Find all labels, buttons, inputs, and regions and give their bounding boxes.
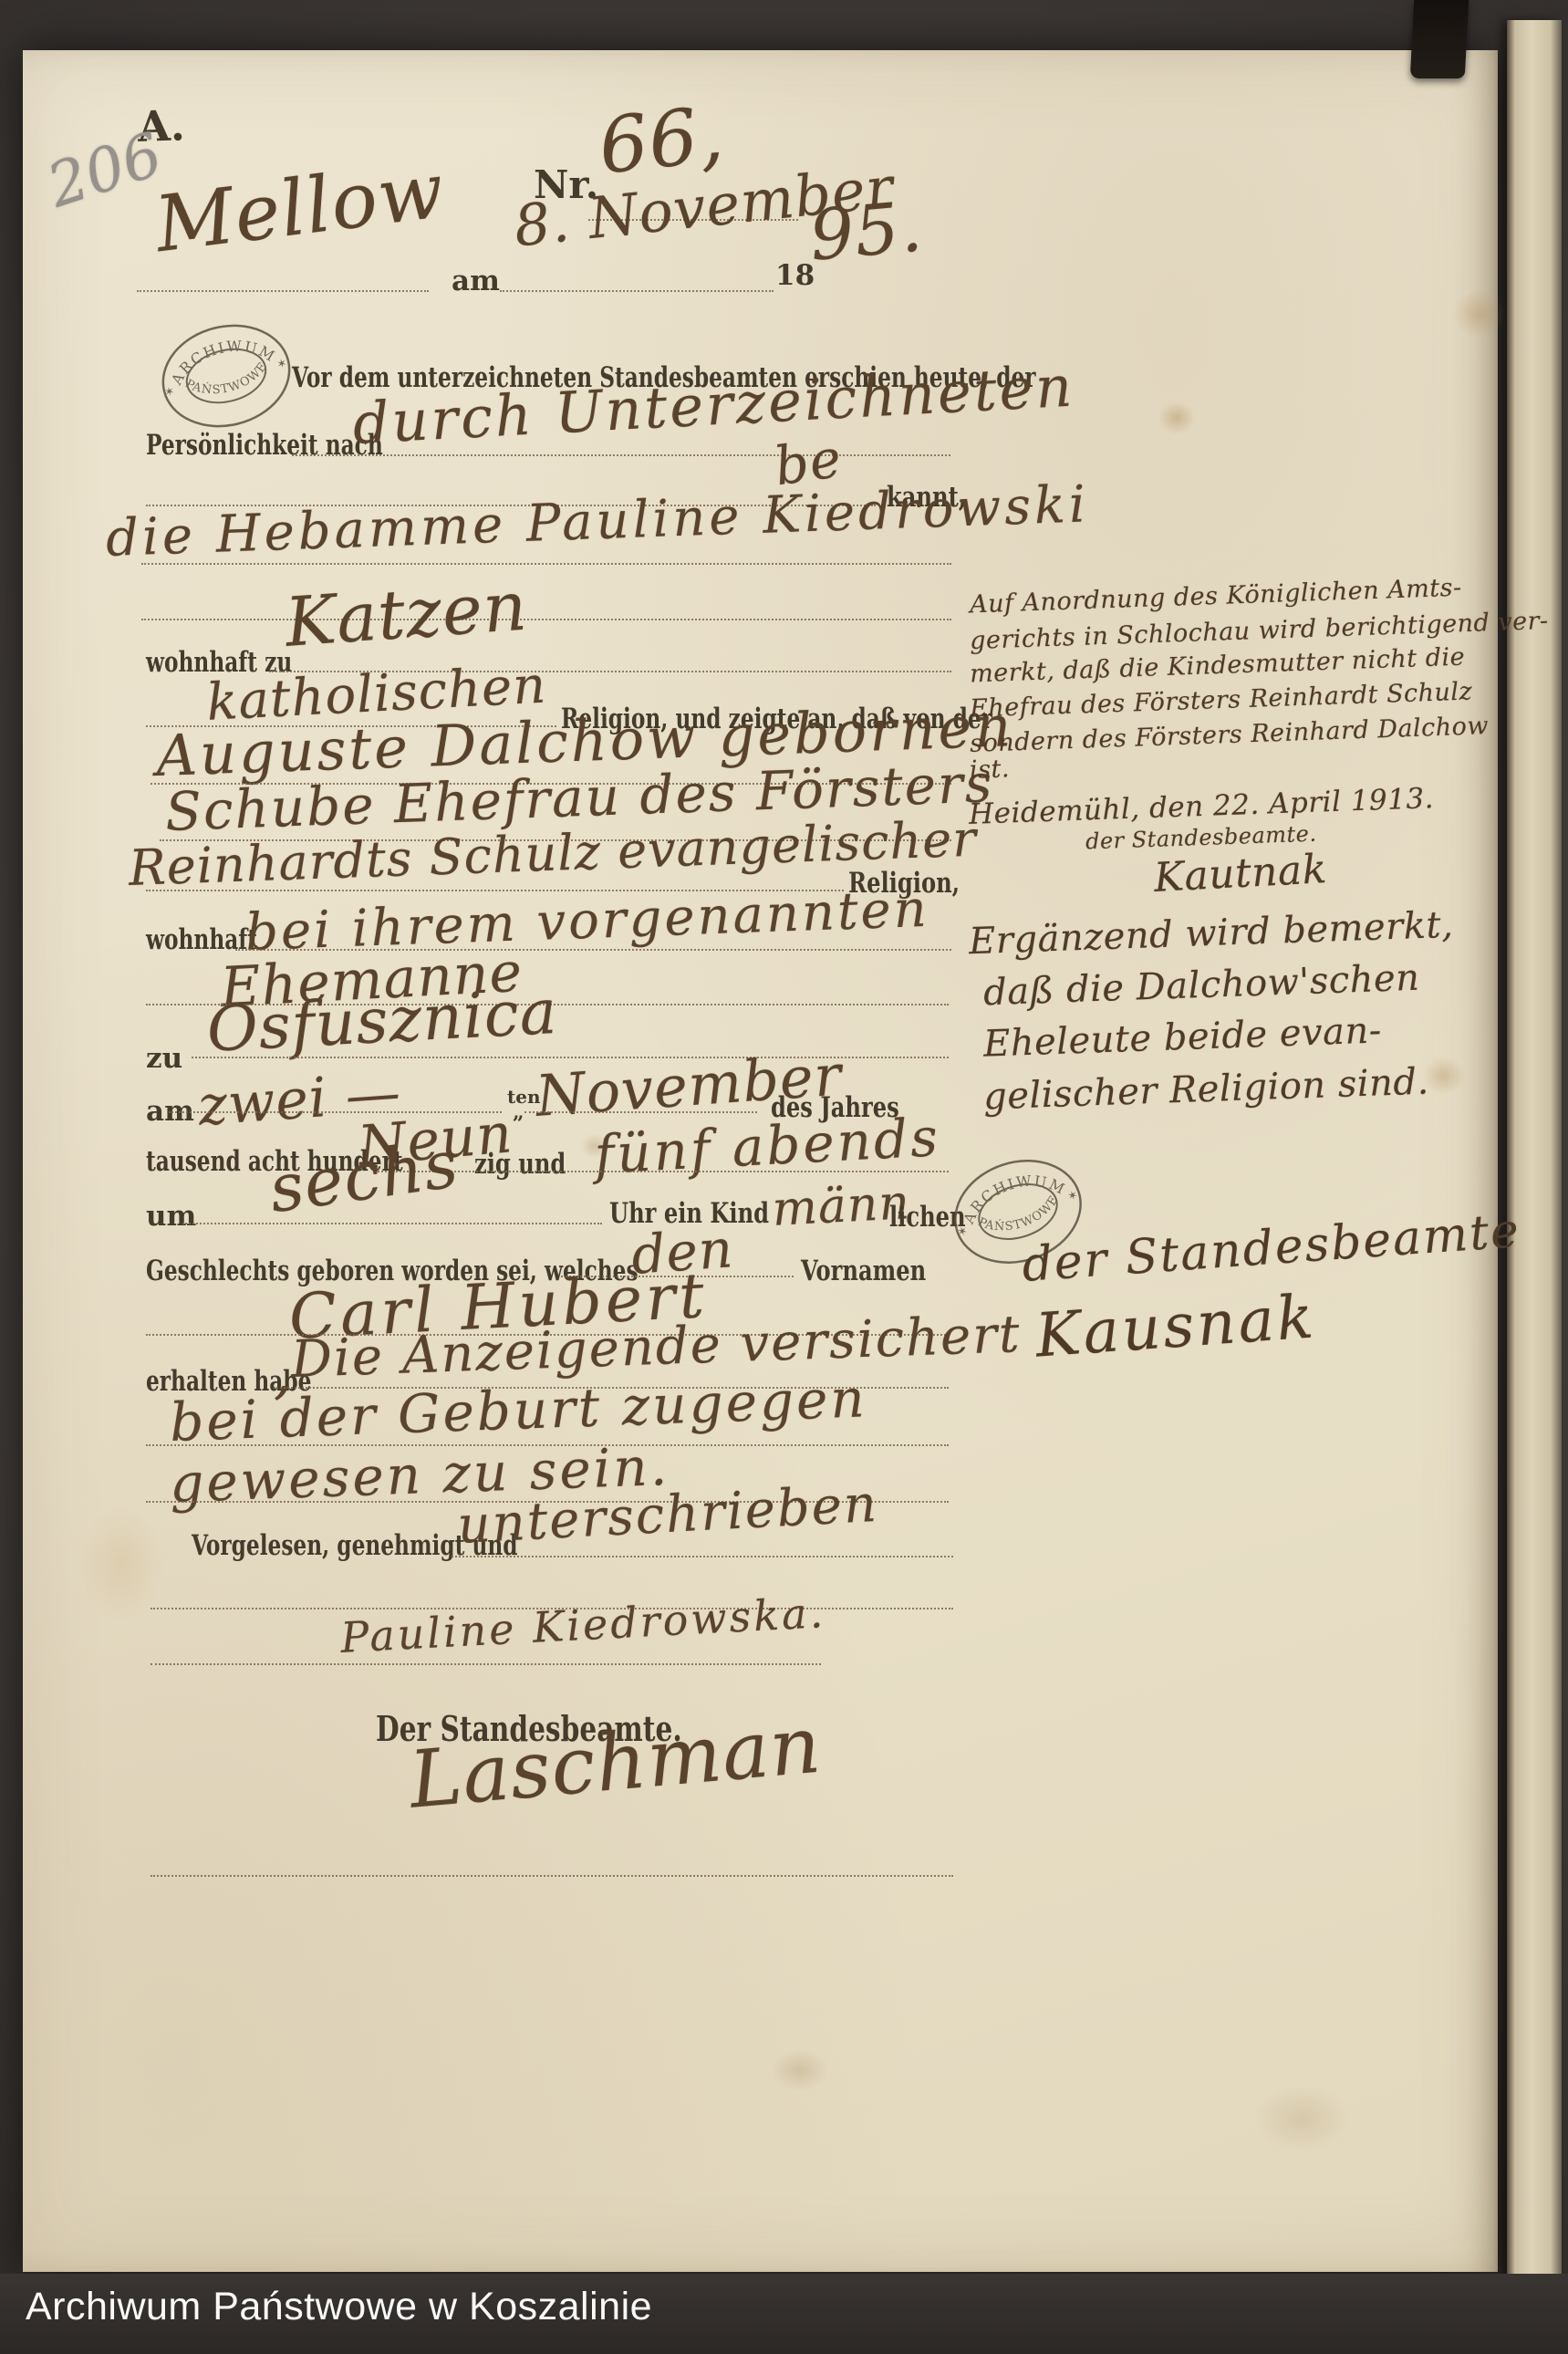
stamp-star-icon: ✶ — [163, 384, 176, 400]
svg-text:ARCHIWUM: ARCHIWUM — [161, 326, 282, 391]
stamp-star-icon: ✶ — [956, 1224, 970, 1241]
am-label: am — [452, 265, 500, 297]
ruled-dotted-line — [141, 619, 951, 620]
persoenlichkeit-label: Persönlichkeit nach — [146, 429, 383, 462]
zig-label: zig und — [474, 1148, 566, 1181]
zu-label: zu — [146, 1042, 182, 1075]
archival-scan: A. 206 Nr. 66, Mellow am 8. November 18 … — [0, 0, 1568, 2354]
wohnhaft-label: wohnhaft — [146, 923, 257, 956]
ruled-dotted-line — [292, 454, 950, 456]
stain — [771, 2048, 829, 2092]
ruled-dotted-line — [151, 1663, 821, 1665]
ruled-dotted-line — [141, 563, 951, 565]
stain — [1452, 290, 1505, 338]
stain — [1254, 2085, 1350, 2153]
stain — [78, 1505, 164, 1624]
ruled-dotted-line — [524, 1111, 757, 1113]
ruled-dotted-line — [374, 1171, 949, 1172]
next-page-edge — [1507, 20, 1562, 2354]
stamp-text-top: ARCHIWUM — [161, 326, 282, 391]
um-label: um — [146, 1200, 196, 1233]
archive-watermark: Archiwum Państwowe w Koszalinie — [26, 2285, 652, 2329]
year-prefix: 18 — [775, 259, 815, 292]
margin-correction-line: ist. — [969, 755, 1010, 785]
year-entry: 95. — [806, 185, 926, 276]
margin-official-signature: Kautnak — [1153, 846, 1328, 901]
vornamen-label: Vornamen — [801, 1255, 926, 1287]
ruled-dotted-line — [182, 1223, 602, 1224]
ruled-dotted-line — [452, 1556, 953, 1557]
ruled-dotted-line — [500, 290, 774, 292]
ruled-dotted-line — [137, 290, 429, 292]
binding-tab — [1410, 0, 1469, 78]
stain — [1158, 401, 1195, 434]
ten-mark: „ — [513, 1100, 524, 1124]
ruled-dotted-line — [151, 1875, 953, 1877]
